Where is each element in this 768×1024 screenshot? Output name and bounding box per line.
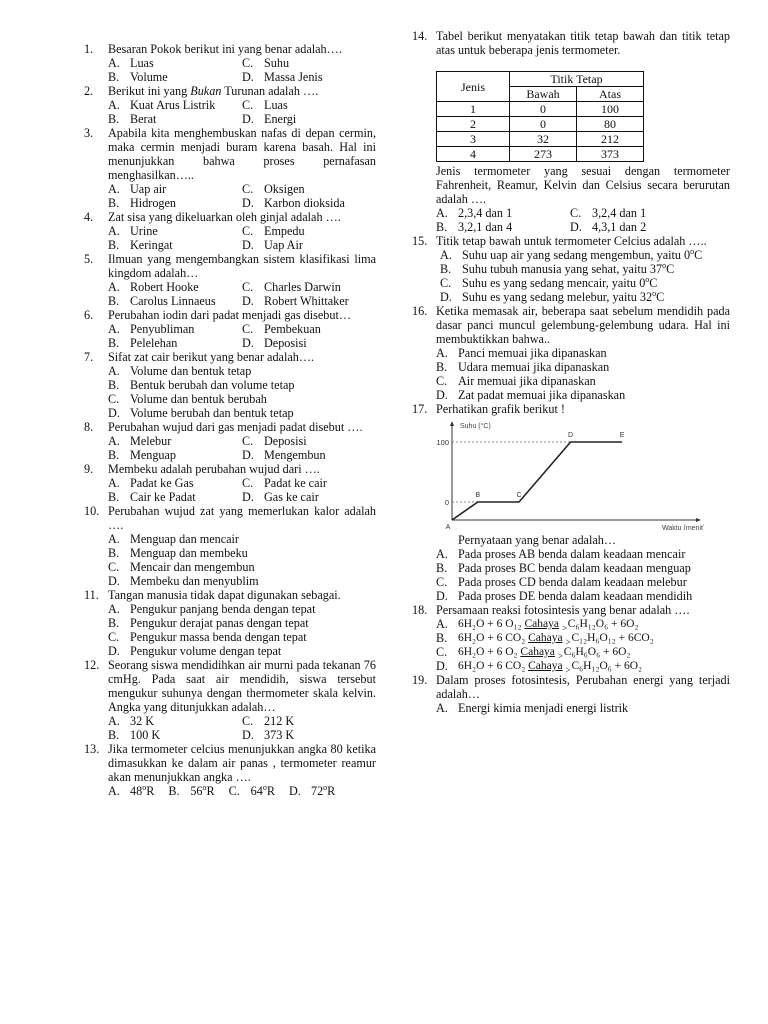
question-stem: 18.Persamaan reaksi fotosintesis yang be… (412, 603, 730, 617)
options-list: A.Panci memuai jika dipanaskanB.Udara me… (436, 346, 730, 402)
option-letter: C. (242, 182, 264, 196)
option-text: 100 K (130, 728, 242, 742)
option-letter: D. (436, 589, 458, 603)
option-text: Suhu es yang sedang mencair, yaitu 0oC (462, 276, 730, 290)
option-letter: D. (242, 112, 264, 126)
answer-option[interactable]: D.Massa Jenis (242, 70, 376, 84)
table-row: 332212 (437, 132, 644, 147)
question-stem: 3.Apabila kita menghembuskan nafas di de… (84, 126, 376, 182)
question-stem: 15.Titik tetap bawah untuk termometer Ce… (412, 234, 730, 248)
option-letter: B. (108, 294, 130, 308)
option-text: 2,3,4 dan 1 (458, 206, 570, 220)
options-grid: A.UrineC.EmpeduB.KeringatD.Uap Air (108, 224, 376, 252)
option-text: Volume dan bentuk berubah (130, 392, 376, 406)
question-stem: 2.Berikut ini yang Bukan Turunan adalah … (84, 84, 376, 98)
option-letter: C. (242, 224, 264, 238)
answer-option[interactable]: B.Hidrogen (108, 196, 242, 210)
option-text: Hidrogen (130, 196, 242, 210)
answer-option[interactable]: A.Robert Hooke (108, 280, 242, 294)
question-number: 17. (412, 402, 436, 416)
option-text: 3,2,4 dan 1 (592, 206, 730, 220)
option-letter: C. (436, 645, 458, 659)
option-text: Berat (130, 112, 242, 126)
option-letter: B. (108, 336, 130, 350)
y-tick-label: 100 (436, 438, 449, 447)
answer-option[interactable]: D.4,3,1 dan 2 (570, 220, 730, 234)
option-letter: A. (440, 248, 462, 262)
option-text: Udara memuai jika dipanaskan (458, 360, 730, 374)
question-text: Membeku adalah perubahan wujud dari …. (108, 462, 376, 476)
option-text: Pengukur massa benda dengan tepat (130, 630, 376, 644)
answer-option[interactable]: B.6H₂O + 6 CO₂ Cahaya C₁₂H₆O₁₂ + 6CO₂ (436, 631, 730, 645)
answer-option[interactable]: C.64oR (229, 784, 275, 798)
answer-option[interactable]: C.Volume dan bentuk berubah (108, 392, 376, 406)
question-number: 10. (84, 504, 108, 532)
answer-option[interactable]: A.Volume dan bentuk tetap (108, 364, 376, 378)
option-text: Pembekuan (264, 322, 376, 336)
answer-option[interactable]: D.6H₂O + 6 CO₂ Cahaya C₆H₁₂O₆ + 6O₂ (436, 659, 730, 673)
reaction-arrow-icon: Cahaya (520, 646, 560, 658)
option-text: 64oR (251, 784, 275, 798)
answer-option[interactable]: C.6H₂O + 6 O₂ Cahaya C₆H₆O₆ + 6O₂ (436, 645, 730, 659)
option-text: Zat padat memuai jika dipanaskan (458, 388, 730, 402)
question-text: Ketika memasak air, beberapa saat sebelu… (436, 304, 730, 346)
question-stem: 16.Ketika memasak air, beberapa saat seb… (412, 304, 730, 346)
option-text: Uap air (130, 182, 242, 196)
option-text: 4,3,1 dan 2 (592, 220, 730, 234)
question-number: 3. (84, 126, 108, 182)
option-text: Luas (264, 98, 376, 112)
question-text: Besaran Pokok berikut ini yang benar ada… (108, 42, 376, 56)
option-letter: D. (242, 728, 264, 742)
option-letter: C. (108, 392, 130, 406)
options-list: A.6H₂O + 6 O₁₂ Cahaya C₆H₁₂O₆ + 6O₂B.6H₂… (436, 617, 730, 673)
question-stem: 7.Sifat zat cair berikut yang benar adal… (84, 350, 376, 364)
table-header-atas: Atas (577, 87, 644, 102)
question-stem: 1.Besaran Pokok berikut ini yang benar a… (84, 42, 376, 56)
option-letter: B. (108, 490, 130, 504)
question-text: Tangan manusia tidak dapat digunakan seb… (108, 588, 376, 602)
question-stem: 19.Dalam proses fotosintesis, Perubahan … (412, 673, 730, 701)
option-letter: A. (436, 346, 458, 360)
answer-option[interactable]: D.72oR (289, 784, 335, 798)
option-letter: B. (440, 262, 462, 276)
answer-option[interactable]: D.Suhu es yang sedang melebur, yaitu 32o… (440, 290, 730, 304)
question-stem: 13.Jika termometer celcius menunjukkan a… (84, 742, 376, 784)
answer-option[interactable]: A.Melebur (108, 434, 242, 448)
question-text: Ilmuan yang mengembangkan sistem klasifi… (108, 252, 376, 280)
option-letter: C. (570, 206, 592, 220)
chart-svg: Suhu (°C)Waktu (menit)0100ABCDE (434, 418, 704, 530)
table-cell: 4 (437, 147, 510, 162)
answer-option[interactable]: A.2,3,4 dan 1 (436, 206, 570, 220)
question-number: 2. (84, 84, 108, 98)
question-18: 18.Persamaan reaksi fotosintesis yang be… (412, 603, 730, 673)
question-number: 5. (84, 252, 108, 280)
option-letter: C. (440, 276, 462, 290)
answer-option[interactable]: B.100 K (108, 728, 242, 742)
table-header-bawah: Bawah (510, 87, 577, 102)
answer-option[interactable]: B.Pelelehan (108, 336, 242, 350)
table-header-jenis: Jenis (437, 72, 510, 102)
option-text: Membeku dan menyublim (130, 574, 376, 588)
degree-symbol: o (203, 783, 207, 792)
answer-option[interactable]: A.Suhu uap air yang sedang mengembun, ya… (440, 248, 730, 262)
option-text: Uap Air (264, 238, 376, 252)
answer-option[interactable]: A.Urine (108, 224, 242, 238)
option-letter: C. (242, 434, 264, 448)
question-stem: 8.Perubahan wujud dari gas menjadi padat… (84, 420, 376, 434)
answer-option[interactable]: B.Menguap (108, 448, 242, 462)
question-text: Persamaan reaksi fotosintesis yang benar… (436, 603, 730, 617)
option-text: Luas (130, 56, 242, 70)
question-19: 19.Dalam proses fotosintesis, Perubahan … (412, 673, 730, 715)
answer-option[interactable]: A.Kuat Arus Listrik (108, 98, 242, 112)
table-cell: 2 (437, 117, 510, 132)
option-letter: A. (108, 56, 130, 70)
question-9: 9.Membeku adalah perubahan wujud dari ….… (84, 462, 376, 504)
option-letter: D. (440, 290, 462, 304)
question-stem: 12.Seorang siswa mendidihkan air murni p… (84, 658, 376, 714)
question-10: 10.Perubahan wujud zat yang memerlukan k… (84, 504, 376, 588)
question-text: Perubahan wujud zat yang memerlukan kalo… (108, 504, 376, 532)
answer-option[interactable]: D.Volume berubah dan bentuk tetap (108, 406, 376, 420)
option-text: Menguap (130, 448, 242, 462)
option-text: Bentuk berubah dan volume tetap (130, 378, 376, 392)
answer-option[interactable]: C.Deposisi (242, 434, 376, 448)
option-letter: D. (289, 784, 311, 798)
table-cell: 373 (577, 147, 644, 162)
option-letter: B. (108, 378, 130, 392)
answer-option[interactable]: C.3,2,4 dan 1 (570, 206, 730, 220)
option-letter: C. (242, 476, 264, 490)
option-letter: C. (242, 322, 264, 336)
x-axis-label: Waktu (menit) (662, 525, 704, 530)
option-text: Charles Darwin (264, 280, 376, 294)
degree-symbol: o (645, 275, 649, 284)
answer-option[interactable]: B.Keringat (108, 238, 242, 252)
option-letter: D. (242, 70, 264, 84)
answer-option[interactable]: A.48oR (108, 784, 154, 798)
answer-option[interactable]: A.Menguap dan mencair (108, 532, 376, 546)
y-axis-arrow-icon (450, 421, 454, 426)
question-text: Zat sisa yang dikeluarkan oleh ginjal ad… (108, 210, 376, 224)
option-text: 32 K (130, 714, 242, 728)
answer-option[interactable]: C.Air memuai jika dipanaskan (436, 374, 730, 388)
question-1: 1.Besaran Pokok berikut ini yang benar a… (84, 42, 376, 84)
answer-option[interactable]: C.Luas (242, 98, 376, 112)
option-letter: C. (108, 630, 130, 644)
answer-option[interactable]: D.Membeku dan menyublim (108, 574, 376, 588)
option-text: Menguap dan mencair (130, 532, 376, 546)
degree-symbol: o (142, 783, 146, 792)
option-letter: A. (108, 322, 130, 336)
answer-option[interactable]: B.Pengukur derajat panas dengan tepat (108, 616, 376, 630)
answer-option[interactable]: C.Padat ke cair (242, 476, 376, 490)
option-letter: D. (570, 220, 592, 234)
option-text: 212 K (264, 714, 376, 728)
statement-text: Pernyataan yang benar adalah… (458, 533, 730, 547)
fixed-point-table: JenisTitik TetapBawahAtas101002080332212… (436, 71, 644, 162)
option-letter: C. (436, 374, 458, 388)
answer-option[interactable]: B.Volume (108, 70, 242, 84)
option-letter: D. (242, 196, 264, 210)
table-cell: 100 (577, 102, 644, 117)
question-text: Dalam proses fotosintesis, Perubahan ene… (436, 673, 730, 701)
table-cell: 212 (577, 132, 644, 147)
option-letter: D. (436, 388, 458, 402)
answer-option[interactable]: B.Pada proses BC benda dalam keadaan men… (436, 561, 730, 575)
option-text: Melebur (130, 434, 242, 448)
option-text: Energi kimia menjadi energi listrik (458, 701, 730, 715)
option-text: Urine (130, 224, 242, 238)
option-text: Robert Whittaker (264, 294, 376, 308)
answer-option[interactable]: A.Panci memuai jika dipanaskan (436, 346, 730, 360)
answer-option[interactable]: C.Charles Darwin (242, 280, 376, 294)
question-17: 17.Perhatikan grafik berikut !Suhu (°C)W… (412, 402, 730, 603)
answer-option[interactable]: C.Suhu es yang sedang mencair, yaitu 0oC (440, 276, 730, 290)
option-letter: A. (108, 224, 130, 238)
question-number: 8. (84, 420, 108, 434)
table-row: 2080 (437, 117, 644, 132)
option-letter: D. (436, 659, 458, 673)
answer-option[interactable]: B.Menguap dan membeku (108, 546, 376, 560)
answer-option[interactable]: D.Zat padat memuai jika dipanaskan (436, 388, 730, 402)
answer-option[interactable]: C.Mencair dan mengembun (108, 560, 376, 574)
answer-option[interactable]: C.212 K (242, 714, 376, 728)
option-text: 56oR (190, 784, 214, 798)
question-number: 6. (84, 308, 108, 322)
option-letter: A. (108, 714, 130, 728)
option-text: Pada proses DE benda dalam keadaan mendi… (458, 589, 730, 603)
option-text: Pengukur panjang benda dengan tepat (130, 602, 376, 616)
option-letter: A. (436, 701, 458, 715)
question-text: Seorang siswa mendidihkan air murni pada… (108, 658, 376, 714)
question-stem: 14.Tabel berikut menyatakan titik tetap … (412, 29, 730, 57)
answer-option[interactable]: C.Pengukur massa benda dengan tepat (108, 630, 376, 644)
left-column: 1.Besaran Pokok berikut ini yang benar a… (84, 42, 376, 798)
degree-symbol: o (323, 783, 327, 792)
answer-option[interactable]: D.Energi (242, 112, 376, 126)
question-15: 15.Titik tetap bawah untuk termometer Ce… (412, 234, 730, 304)
option-letter: C. (108, 560, 130, 574)
options-list: A.Energi kimia menjadi energi listrik (436, 701, 730, 715)
question-4: 4. Zat sisa yang dikeluarkan oleh ginjal… (84, 210, 376, 252)
question-3: 3.Apabila kita menghembuskan nafas di de… (84, 126, 376, 210)
answer-option[interactable]: B.Bentuk berubah dan volume tetap (108, 378, 376, 392)
answer-option[interactable]: A.Penyubliman (108, 322, 242, 336)
question-7: 7.Sifat zat cair berikut yang benar adal… (84, 350, 376, 420)
answer-option[interactable]: B.Berat (108, 112, 242, 126)
answer-option[interactable]: B.3,2,1 dan 4 (436, 220, 570, 234)
options-grid: A.Kuat Arus ListrikC.LuasB.BeratD.Energi (108, 98, 376, 126)
table-cell: 0 (510, 117, 577, 132)
heating-curve-chart: Suhu (°C)Waktu (menit)0100ABCDE (434, 418, 730, 533)
answer-option[interactable]: D.Karbon dioksida (242, 196, 376, 210)
question-8: 8.Perubahan wujud dari gas menjadi padat… (84, 420, 376, 462)
option-letter: A. (436, 547, 458, 561)
option-text: Padat ke Gas (130, 476, 242, 490)
answer-option[interactable]: B.Udara memuai jika dipanaskan (436, 360, 730, 374)
answer-option[interactable]: A.Pada proses AB benda dalam keadaan men… (436, 547, 730, 561)
option-text: Mengembun (264, 448, 376, 462)
option-text: Pada proses CD benda dalam keadaan meleb… (458, 575, 730, 589)
options-grid: A.PenyublimanC.PembekuanB.PelelehanD.Dep… (108, 322, 376, 350)
question-text: Sifat zat cair berikut yang benar adalah… (108, 350, 376, 364)
degree-symbol: o (662, 261, 666, 270)
question-13: 13.Jika termometer celcius menunjukkan a… (84, 742, 376, 798)
answer-option[interactable]: C.Pembekuan (242, 322, 376, 336)
question-text: Perubahan iodin dari padat menjadi gas d… (108, 308, 376, 322)
answer-option[interactable]: A.32 K (108, 714, 242, 728)
question-11: 11.Tangan manusia tidak dapat digunakan … (84, 588, 376, 658)
option-letter: B. (108, 112, 130, 126)
question-number: 7. (84, 350, 108, 364)
option-text: Pada proses BC benda dalam keadaan mengu… (458, 561, 730, 575)
degree-symbol: o (652, 289, 656, 298)
option-text: 3,2,1 dan 4 (458, 220, 570, 234)
question-2: 2.Berikut ini yang Bukan Turunan adalah … (84, 84, 376, 126)
option-letter: B. (108, 70, 130, 84)
equation-text: 6H₂O + 6 O₁₂ Cahaya C₆H₁₂O₆ + 6O₂ (458, 617, 730, 631)
option-letter: C. (229, 784, 251, 798)
reaction-arrow-icon: Cahaya (524, 618, 564, 630)
option-letter: D. (242, 448, 264, 462)
question-number: 11. (84, 588, 108, 602)
answer-option[interactable]: A.Uap air (108, 182, 242, 196)
degree-symbol: o (263, 783, 267, 792)
answer-option[interactable]: D.373 K (242, 728, 376, 742)
option-letter: B. (436, 220, 458, 234)
table-cell: 3 (437, 132, 510, 147)
answer-option[interactable]: A.Padat ke Gas (108, 476, 242, 490)
answer-option[interactable]: B.56oR (168, 784, 214, 798)
answer-option[interactable]: B.Carolus Linnaeus (108, 294, 242, 308)
option-letter: D. (242, 490, 264, 504)
table-cell: 1 (437, 102, 510, 117)
question-number: 12. (84, 658, 108, 714)
option-text: Pengukur volume dengan tepat (130, 644, 376, 658)
question-text-continued: Jenis termometer yang sesuai dengan term… (436, 164, 730, 206)
option-letter: B. (168, 784, 190, 798)
table-cell: 32 (510, 132, 577, 147)
option-letter: D. (242, 336, 264, 350)
table-row: 4273373 (437, 147, 644, 162)
answer-option[interactable]: D.Mengembun (242, 448, 376, 462)
question-number: 15. (412, 234, 436, 248)
table-cell: 80 (577, 117, 644, 132)
answer-option[interactable]: A.6H₂O + 6 O₁₂ Cahaya C₆H₁₂O₆ + 6O₂ (436, 617, 730, 631)
equation-text: 6H₂O + 6 O₂ Cahaya C₆H₆O₆ + 6O₂ (458, 645, 730, 659)
option-letter: A. (436, 206, 458, 220)
question-stem: 10.Perubahan wujud zat yang memerlukan k… (84, 504, 376, 532)
question-12: 12.Seorang siswa mendidihkan air murni p… (84, 658, 376, 742)
question-number: 16. (412, 304, 436, 346)
options-list: A.Menguap dan mencairB.Menguap dan membe… (108, 532, 376, 588)
options-grid: A.Uap airC.OksigenB.HidrogenD.Karbon dio… (108, 182, 376, 210)
question-text: Jika termometer celcius menunjukkan angk… (108, 742, 376, 784)
y-tick-label: 0 (445, 498, 449, 507)
option-text: Panci memuai jika dipanaskan (458, 346, 730, 360)
option-letter: A. (108, 532, 130, 546)
option-letter: B. (108, 238, 130, 252)
option-letter: D. (108, 574, 130, 588)
answer-option[interactable]: C.Suhu (242, 56, 376, 70)
answer-option[interactable]: A.Energi kimia menjadi energi listrik (436, 701, 730, 715)
reaction-arrow-icon: Cahaya (528, 660, 568, 672)
option-text: Volume dan bentuk tetap (130, 364, 376, 378)
answer-option[interactable]: D.Pengukur volume dengan tepat (108, 644, 376, 658)
question-stem: 9.Membeku adalah perubahan wujud dari …. (84, 462, 376, 476)
options-grid: A.LuasC.SuhuB.VolumeD.Massa Jenis (108, 56, 376, 84)
answer-option[interactable]: D.Gas ke cair (242, 490, 376, 504)
answer-option[interactable]: B.Cair ke Padat (108, 490, 242, 504)
options-row: A.48oRB.56oRC.64oRD.72oR (108, 784, 376, 798)
option-letter: B. (108, 616, 130, 630)
table-cell: 273 (510, 147, 577, 162)
option-letter: B. (436, 360, 458, 374)
question-stem: 11.Tangan manusia tidak dapat digunakan … (84, 588, 376, 602)
option-letter: D. (108, 406, 130, 420)
options-list: A.Pengukur panjang benda dengan tepatB.P… (108, 602, 376, 658)
option-text: Pengukur derajat panas dengan tepat (130, 616, 376, 630)
option-text: Pelelehan (130, 336, 242, 350)
point-label: C (516, 492, 521, 499)
table-row: 10100 (437, 102, 644, 117)
answer-option[interactable]: D.Robert Whittaker (242, 294, 376, 308)
answer-option[interactable]: C.Pada proses CD benda dalam keadaan mel… (436, 575, 730, 589)
option-text: Mencair dan mengembun (130, 560, 376, 574)
option-letter: D. (242, 294, 264, 308)
answer-option[interactable]: A.Luas (108, 56, 242, 70)
option-text: Pada proses AB benda dalam keadaan menca… (458, 547, 730, 561)
option-text: Suhu (264, 56, 376, 70)
option-text: 72oR (311, 784, 335, 798)
answer-option[interactable]: A.Pengukur panjang benda dengan tepat (108, 602, 376, 616)
option-text: Keringat (130, 238, 242, 252)
option-letter: A. (108, 182, 130, 196)
answer-option[interactable]: D.Pada proses DE benda dalam keadaan men… (436, 589, 730, 603)
options-list: A.Volume dan bentuk tetapB.Bentuk beruba… (108, 364, 376, 420)
option-letter: A. (108, 280, 130, 294)
answer-option[interactable]: D.Deposisi (242, 336, 376, 350)
degree-symbol: o (690, 247, 694, 256)
question-number: 18. (412, 603, 436, 617)
options-list: A.Suhu uap air yang sedang mengembun, ya… (440, 248, 730, 304)
option-text: Gas ke cair (264, 490, 376, 504)
answer-option[interactable]: D.Uap Air (242, 238, 376, 252)
option-letter: C. (242, 98, 264, 112)
option-letter: A. (108, 476, 130, 490)
option-letter: A. (108, 784, 130, 798)
option-text: Kuat Arus Listrik (130, 98, 242, 112)
question-number: 19. (412, 673, 436, 701)
option-letter: A. (108, 364, 130, 378)
answer-option[interactable]: C.Empedu (242, 224, 376, 238)
option-text: Deposisi (264, 434, 376, 448)
answer-option[interactable]: B.Suhu tubuh manusia yang sehat, yaitu 3… (440, 262, 730, 276)
question-number: 1. (84, 42, 108, 56)
option-letter: B. (108, 448, 130, 462)
option-text: Energi (264, 112, 376, 126)
option-text: Cair ke Padat (130, 490, 242, 504)
option-text: Massa Jenis (264, 70, 376, 84)
option-text: Volume berubah dan bentuk tetap (130, 406, 376, 420)
option-text: Suhu tubuh manusia yang sehat, yaitu 37o… (462, 262, 730, 276)
question-14: 14.Tabel berikut menyatakan titik tetap … (412, 29, 730, 234)
answer-option[interactable]: C.Oksigen (242, 182, 376, 196)
options-list: A.Pada proses AB benda dalam keadaan men… (436, 547, 730, 603)
